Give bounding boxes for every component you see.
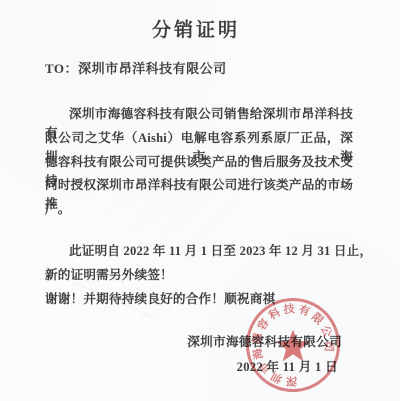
seal-character: 技: [282, 301, 295, 316]
paragraph2-line1: 此证明自 2022 年 11 月 1 日至 2023 年 12 月 31 日止，: [45, 240, 353, 259]
document-page: 分销证明 TO：深圳市昂洋科技有限公司 深圳市海德容科技有限公司销售给深圳市昂洋…: [0, 0, 400, 401]
to-label: TO：: [45, 61, 78, 76]
recipient-line: TO：深圳市昂洋科技有限公司: [45, 58, 227, 77]
seal-character: 有: [297, 302, 312, 319]
seal-character: 深: [286, 374, 297, 387]
seal-character: 司: [322, 341, 336, 352]
seal-character: 公: [318, 324, 335, 340]
paragraph2-line2: 新的证明需另外续签！: [45, 264, 353, 283]
paragraph1-line5: 广。: [45, 198, 353, 217]
seal-star-icon: [276, 330, 310, 362]
seal-character: 德: [249, 331, 265, 345]
seal-graphic: 深圳市海德容科技有限公司: [243, 295, 343, 395]
seal-character: 海: [249, 346, 266, 361]
document-title: 分销证明: [0, 15, 392, 42]
recipient-company: 深圳市昂洋科技有限公司: [78, 61, 227, 76]
company-seal-stamp: 深圳市海德容科技有限公司: [243, 295, 343, 395]
